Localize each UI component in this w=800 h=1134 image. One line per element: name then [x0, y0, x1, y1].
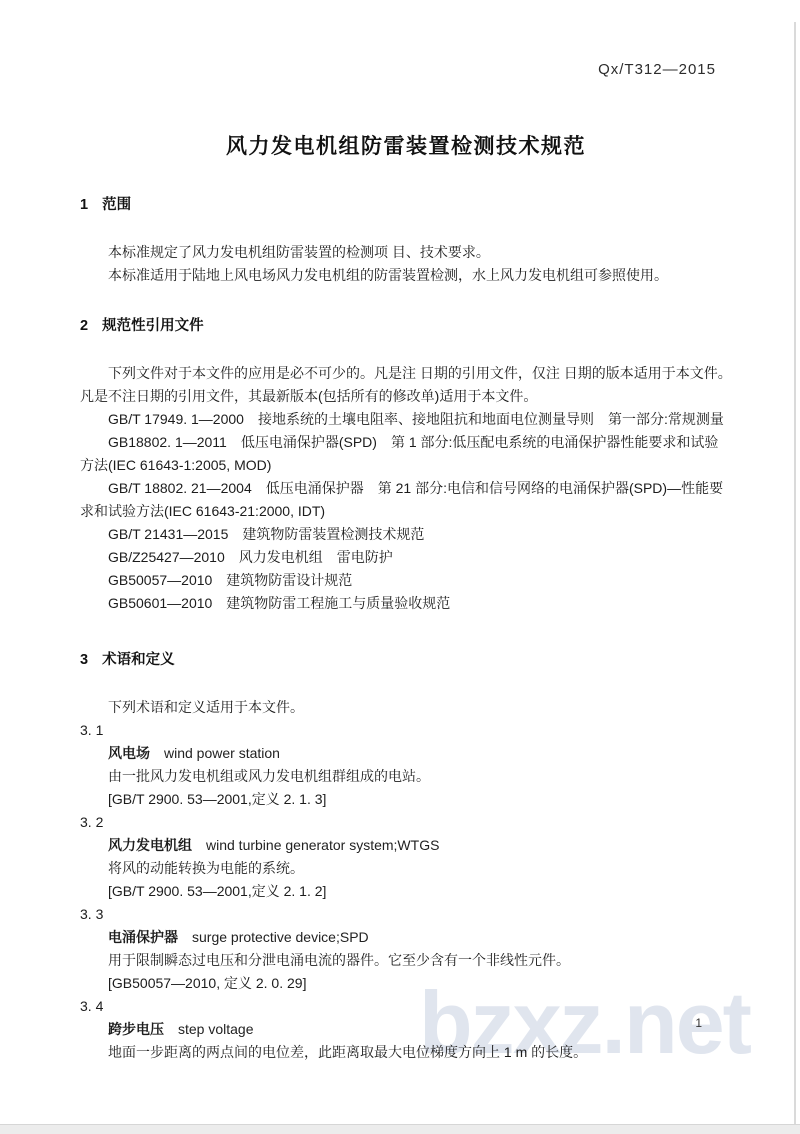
section-3-heading: 3术语和定义	[80, 649, 732, 672]
term-name-english: surge protective device;SPD	[192, 929, 369, 945]
term-source: [GB/T 2900. 53—2001,定义 2. 1. 3]	[80, 788, 732, 811]
term-name: 风力发电机组wind turbine generator system;WTGS	[80, 834, 732, 857]
term-number: 3. 1	[80, 719, 732, 742]
reference-item: GB/T 21431—2015 建筑物防雷装置检测技术规范	[80, 523, 732, 546]
section-1-title: 范围	[102, 197, 131, 213]
reference-item: GB50601—2010 建筑物防雷工程施工与质量验收规范	[80, 592, 732, 615]
term-definition: 用于限制瞬态过电压和分泄电涌电流的器件。它至少含有一个非线性元件。	[80, 949, 732, 972]
reference-item: GB/Z25427—2010 风力发电机组 雷电防护	[80, 546, 732, 569]
term-entry-3-1: 3. 1 风电场wind power station 由一批风力发电机组或风力发…	[80, 719, 732, 811]
section-1-paragraph-1: 本标准规定了风力发电机组防雷装置的检测项 目、技术要求。	[80, 241, 732, 264]
term-source: [GB50057—2010, 定义 2. 0. 29]	[80, 972, 732, 995]
term-name-chinese: 风力发电机组	[108, 837, 192, 853]
term-name-english: wind power station	[164, 745, 280, 761]
document-title: 风力发电机组防雷装置检测技术规范	[80, 135, 732, 158]
term-name-english: step voltage	[178, 1021, 254, 1037]
term-name-chinese: 跨步电压	[108, 1021, 164, 1037]
term-name-chinese: 电涌保护器	[108, 929, 178, 945]
term-number: 3. 2	[80, 811, 732, 834]
term-definition: 地面一步距离的两点间的电位差，此距离取最大电位梯度方向上 1 m 的长度。	[80, 1041, 732, 1064]
section-3-number: 3	[80, 652, 88, 668]
term-entry-3-3: 3. 3 电涌保护器surge protective device;SPD 用于…	[80, 903, 732, 995]
term-entry-3-4: 3. 4 跨步电压step voltage 地面一步距离的两点间的电位差，此距离…	[80, 995, 732, 1064]
reference-item: GB/T 17949. 1—2000 接地系统的土壤电阻率、接地阻抗和地面电位测…	[80, 408, 732, 431]
term-definition: 将风的动能转换为电能的系统。	[80, 857, 732, 880]
section-2-title: 规范性引用文件	[102, 318, 204, 334]
term-name: 电涌保护器surge protective device;SPD	[80, 926, 732, 949]
document-page: bzxz.net Qx/T312—2015 风力发电机组防雷装置检测技术规范 1…	[0, 0, 800, 1134]
standard-code: Qx/T312—2015	[80, 0, 716, 81]
term-source: [GB/T 2900. 53—2001,定义 2. 1. 2]	[80, 880, 732, 903]
section-1-heading: 1范围	[80, 194, 732, 217]
section-1-paragraph-2: 本标准适用于陆地上风电场风力发电机组的防雷装置检测，水上风力发电机组可参照使用。	[80, 264, 732, 287]
section-2-heading: 2规范性引用文件	[80, 315, 732, 338]
section-1-number: 1	[80, 197, 88, 213]
term-name-chinese: 风电场	[108, 745, 150, 761]
scan-edge-right	[794, 22, 796, 1124]
term-number: 3. 4	[80, 995, 732, 1018]
section-2-intro: 下列文件对于本文件的应用是必不可少的。凡是注 日期的引用文件，仅注 日期的版本适…	[80, 362, 732, 408]
page-number: 1	[695, 1016, 702, 1030]
section-2-number: 2	[80, 318, 88, 334]
term-definition: 由一批风力发电机组或风力发电机组群组成的电站。	[80, 765, 732, 788]
term-number: 3. 3	[80, 903, 732, 926]
document-body: Qx/T312—2015 风力发电机组防雷装置检测技术规范 1范围 本标准规定了…	[80, 0, 732, 1064]
section-3-title: 术语和定义	[102, 652, 175, 668]
scan-edge-bottom	[0, 1124, 800, 1134]
term-name: 风电场wind power station	[80, 742, 732, 765]
reference-item: GB/T 18802. 21—2004 低压电涌保护器 第 21 部分:电信和信…	[80, 477, 732, 523]
section-3-intro: 下列术语和定义适用于本文件。	[80, 696, 732, 719]
reference-item: GB18802. 1—2011 低压电涌保护器(SPD) 第 1 部分:低压配电…	[80, 431, 732, 477]
term-entry-3-2: 3. 2 风力发电机组wind turbine generator system…	[80, 811, 732, 903]
term-name: 跨步电压step voltage	[80, 1018, 732, 1041]
reference-item: GB50057—2010 建筑物防雷设计规范	[80, 569, 732, 592]
term-name-english: wind turbine generator system;WTGS	[206, 837, 439, 853]
